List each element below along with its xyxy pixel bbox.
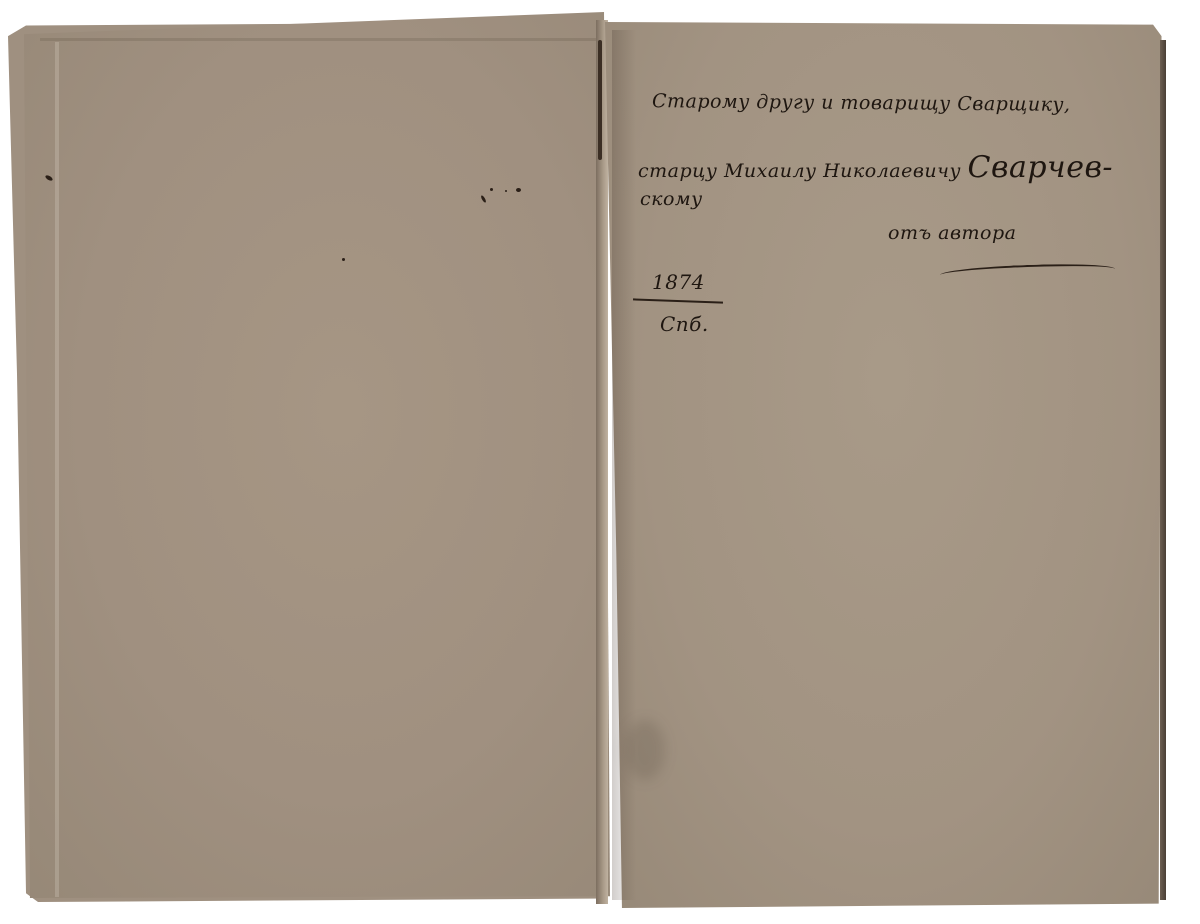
spine-tear [598,40,602,160]
pencil-mark [490,188,493,191]
page-stain [625,720,665,780]
left-page [12,12,610,898]
left-page-top-edge [40,38,600,41]
inscription-surname: Сварчев- [968,150,1114,185]
inscription-place: Спб. [660,312,709,336]
pencil-mark [516,188,521,192]
right-page-edge [1160,40,1166,900]
inscription-year: 1874 [652,270,705,294]
pencil-mark [505,190,507,192]
inscription-line-2-prefix: старцу Михаилу Николаевичу [638,160,968,182]
inscription-signature: отъ автора [888,222,1017,244]
inscription-line-3: скому [640,188,703,210]
inscription-line-1: Старому другу и товарищу Сварщику, [652,90,1071,116]
inscription-line-2: старцу Михаилу Николаевичу Сварчев- [638,150,1113,185]
left-page-fold-edge [55,42,59,897]
open-book: Старому другу и товарищу Сварщику, старц… [0,0,1200,924]
ink-dot [342,258,345,261]
